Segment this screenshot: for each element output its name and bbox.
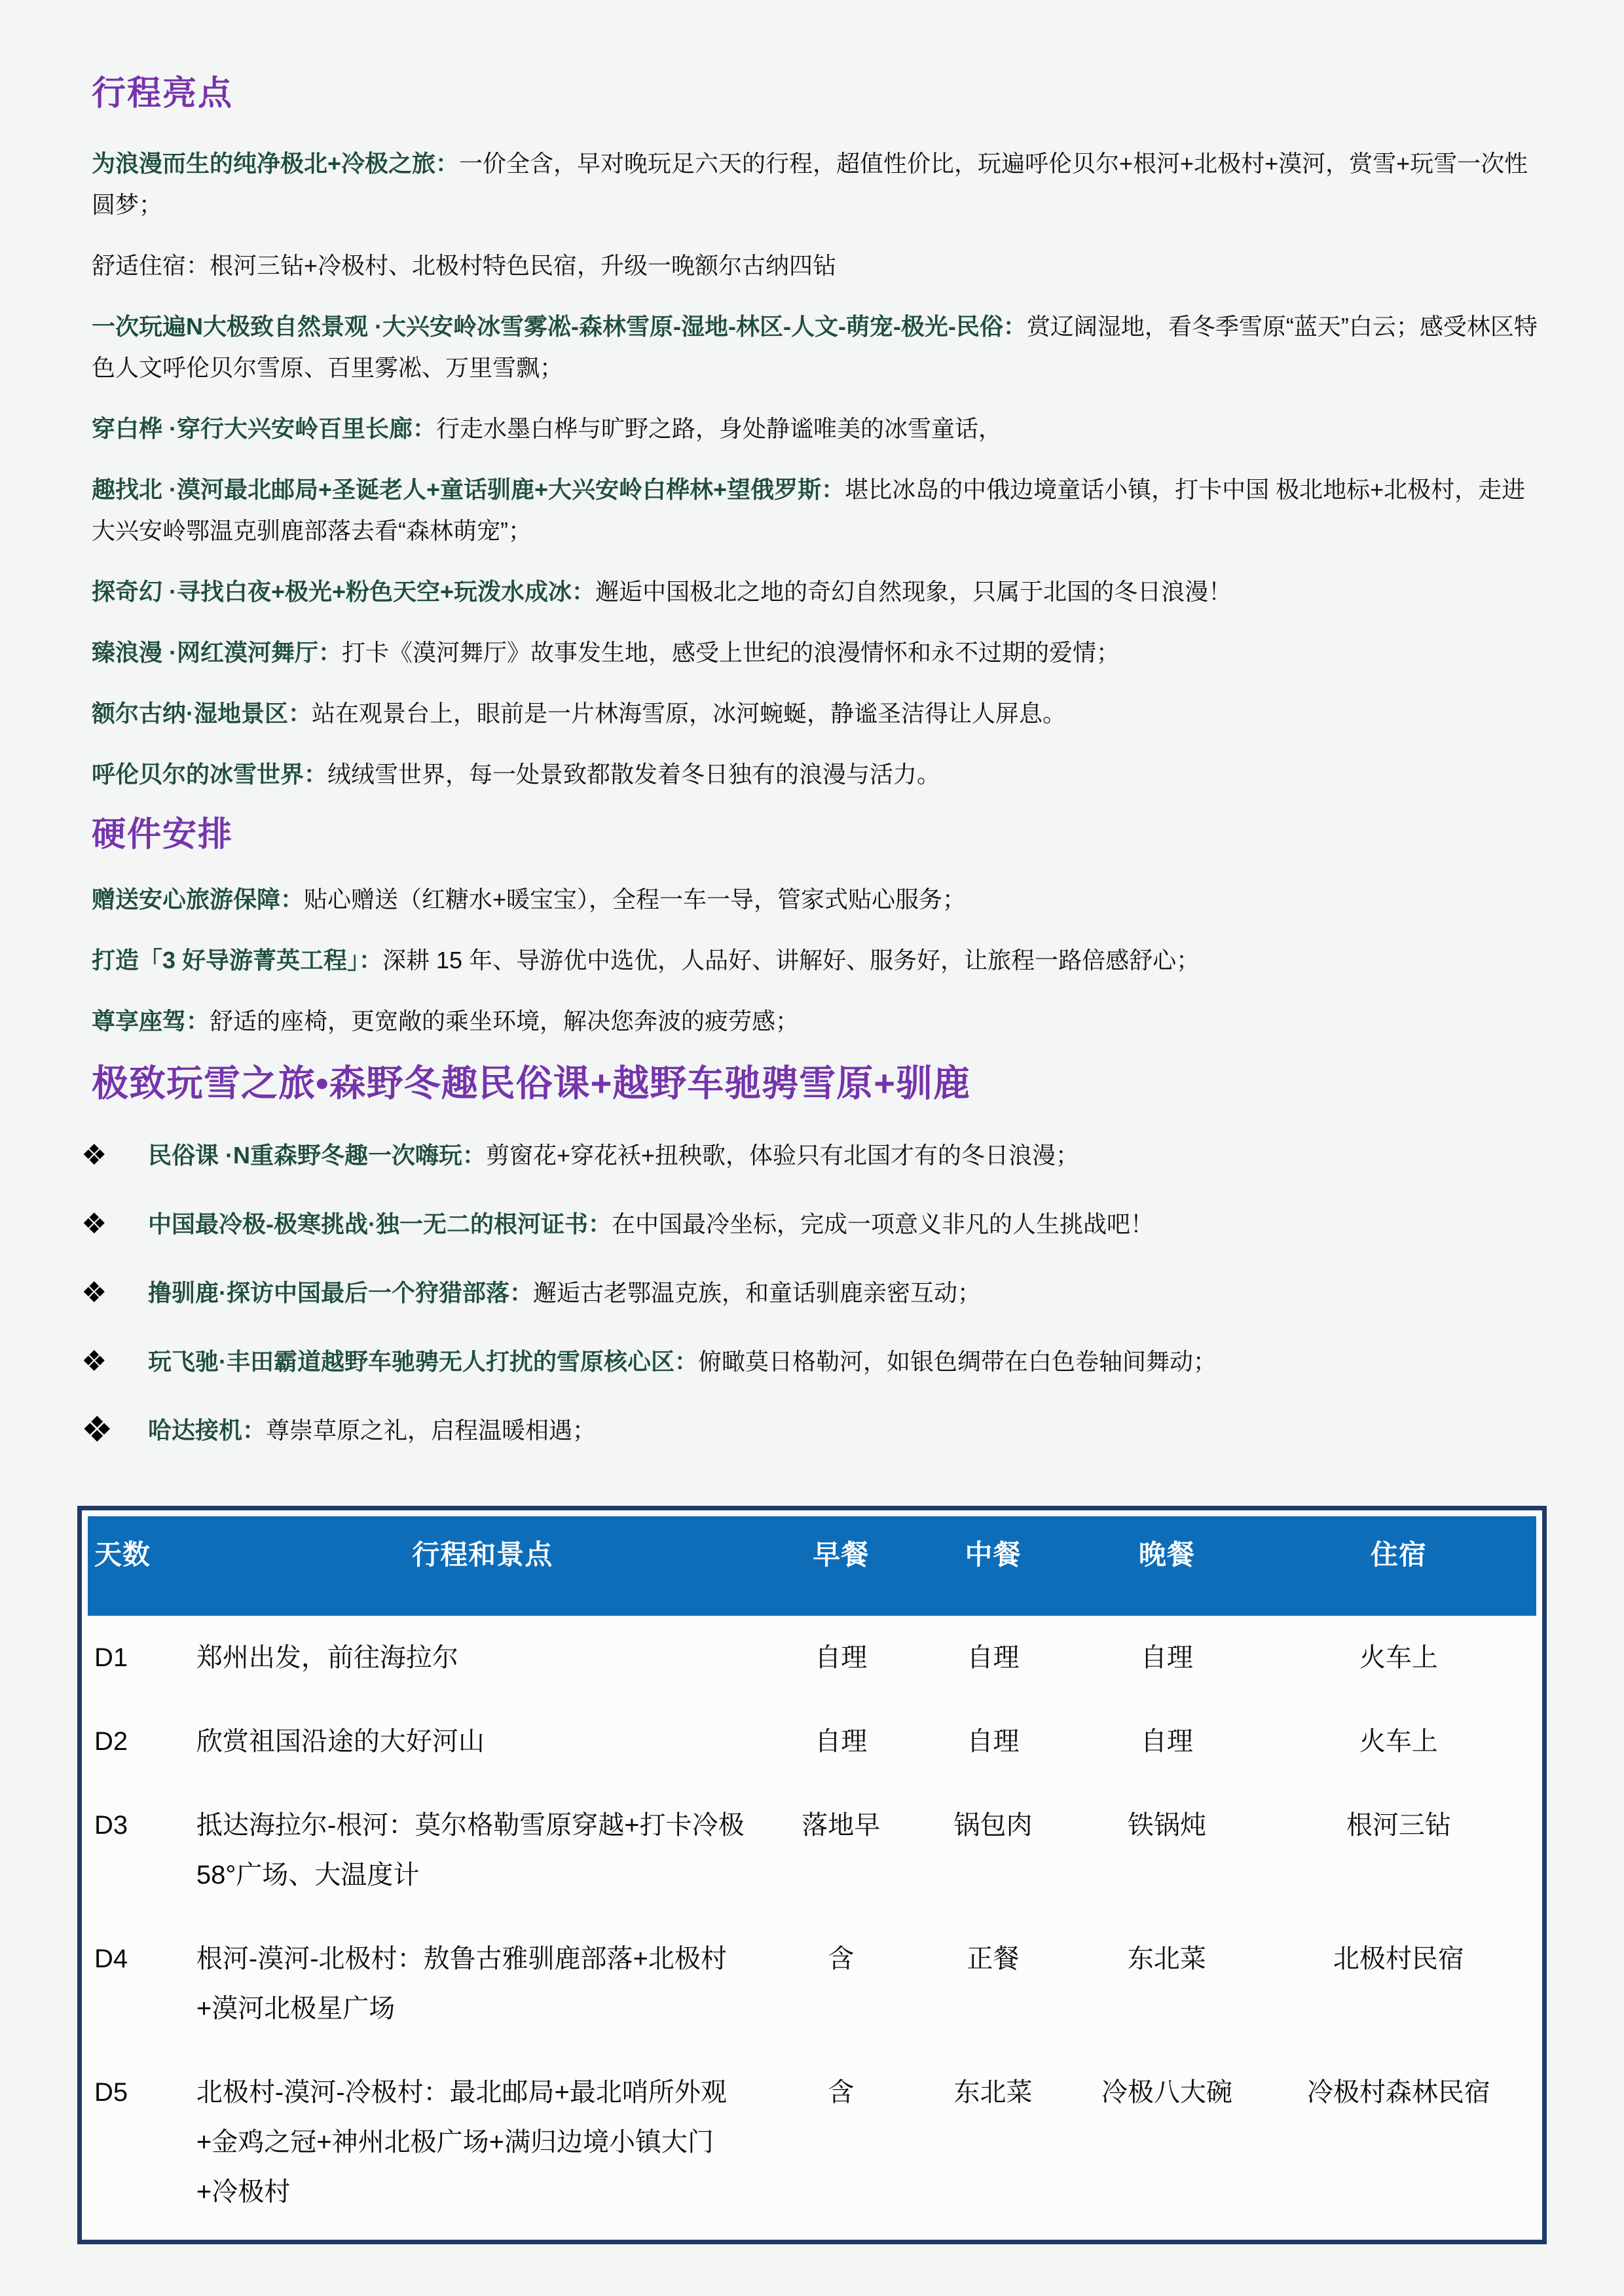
lunch-cell: 正餐 xyxy=(913,1917,1073,2050)
lodging-cell: 根河三钻 xyxy=(1261,1783,1536,1917)
itinerary-table: 天数 行程和景点 早餐 中餐 晚餐 住宿 D1 郑州出发，前往海拉尔 自理 自理 xyxy=(88,1516,1536,2234)
table-row: D5 北极村-漠河-冷极村：最北邮局+最北哨所外观+金鸡之冠+神州北极广场+满归… xyxy=(88,2050,1536,2234)
diamond-bullet-icon: ❖ xyxy=(81,1203,148,1245)
section-title-highlights: 行程亮点 xyxy=(92,73,1545,114)
paragraph-lead: 探奇幻 ·寻找白夜+极光+粉色天空+玩泼水成冰： xyxy=(92,578,595,605)
paragraph-text: 深耕 15 年、导游优中选优，人品好、讲解好、服务好，让旅程一路倍感舒心； xyxy=(382,947,1200,974)
section-title-snow-play: 极致玩雪之旅•森野冬趣民俗课+越野车驰骋雪原+驯鹿 xyxy=(92,1061,1545,1106)
highlight-paragraph: 一次玩遍N大极致自然景观 ·大兴安岭冰雪雾凇-森林雪原-湿地-林区-人文-萌宠-… xyxy=(92,306,1545,388)
paragraph-text: 绒绒雪世界，每一处景致都散发着冬日独有的浪漫与活力。 xyxy=(327,761,940,788)
itinerary-table-section: 天数 行程和景点 早餐 中餐 晚餐 住宿 D1 郑州出发，前往海拉尔 自理 自理 xyxy=(77,1506,1547,2244)
paragraph-text: 打卡《漠河舞厅》故事发生地，感受上世纪的浪漫情怀和永不过期的爱情； xyxy=(342,639,1120,666)
lodging-cell: 火车上 xyxy=(1261,1616,1536,1700)
paragraph-text: 贴心赠送（红糖水+暖宝宝），全程一车一导，管家式贴心服务； xyxy=(304,886,966,913)
breakfast-cell: 自理 xyxy=(769,1700,913,1783)
bullet-text: 玩飞驰·丰田霸道越野车驰骋无人打扰的雪原核心区：俯瞰莫日格勒河，如银色绸带在白色… xyxy=(148,1341,1545,1382)
column-header-lodging: 住宿 xyxy=(1261,1516,1536,1616)
paragraph-text: 舒适住宿：根河三钻+冷极村、北极村特色民宿，升级一晚额尔古纳四钻 xyxy=(92,252,836,279)
lunch-cell: 东北菜 xyxy=(913,2050,1073,2234)
lunch-cell: 自理 xyxy=(913,1616,1073,1700)
highlight-paragraph: 臻浪漫 ·网红漠河舞厅：打卡《漠河舞厅》故事发生地，感受上世纪的浪漫情怀和永不过… xyxy=(92,632,1545,673)
dinner-cell: 铁锅炖 xyxy=(1073,1783,1261,1917)
dinner-cell: 自理 xyxy=(1073,1616,1261,1700)
highlight-paragraph: 趣找北 ·漠河最北邮局+圣诞老人+童话驯鹿+大兴安岭白桦林+望俄罗斯：堪比冰岛的… xyxy=(92,469,1545,551)
bullet-rest: 在中国最冷坐标，完成一项意义非凡的人生挑战吧！ xyxy=(612,1211,1154,1237)
itinerary-table-frame: 天数 行程和景点 早餐 中餐 晚餐 住宿 D1 郑州出发，前往海拉尔 自理 自理 xyxy=(77,1506,1547,2244)
paragraph-lead: 赠送安心旅游保障： xyxy=(92,886,304,913)
paragraph-lead: 呼伦贝尔的冰雪世界： xyxy=(92,761,327,788)
list-item: ❖ 中国最冷极-极寒挑战·独一无二的根河证书：在中国最冷坐标，完成一项意义非凡的… xyxy=(81,1203,1545,1245)
paragraph-lead: 尊享座驾： xyxy=(92,1008,210,1034)
column-header-itinerary: 行程和景点 xyxy=(196,1516,769,1616)
hardware-paragraph: 赠送安心旅游保障：贴心赠送（红糖水+暖宝宝），全程一车一导，管家式贴心服务； xyxy=(92,879,1545,920)
itinerary-cell: 北极村-漠河-冷极村：最北邮局+最北哨所外观+金鸡之冠+神州北极广场+满归边境小… xyxy=(196,2050,769,2234)
breakfast-cell: 落地早 xyxy=(769,1783,913,1917)
dinner-cell: 冷极八大碗 xyxy=(1073,2050,1261,2234)
column-header-day: 天数 xyxy=(88,1516,196,1616)
bullet-rest: 俯瞰莫日格勒河，如银色绸带在白色卷轴间舞动； xyxy=(698,1348,1217,1375)
snow-bullet-list: ❖ 民俗课 ·N重森野冬趣一次嗨玩：剪窗花+穿花袄+扭秧歌，体验只有北国才有的冬… xyxy=(92,1135,1545,1451)
diamond-bullet-icon: ❖ xyxy=(81,1341,148,1382)
day-cell: D2 xyxy=(88,1700,196,1783)
lodging-cell: 火车上 xyxy=(1261,1700,1536,1783)
itinerary-cell: 抵达海拉尔-根河：莫尔格勒雪原穿越+打卡冷极 58°广场、大温度计 xyxy=(196,1783,769,1917)
paragraph-lead: 穿白桦 ·穿行大兴安岭百里长廊： xyxy=(92,415,436,442)
paragraph-text: 站在观景台上，眼前是一片林海雪原，冰河蜿蜒，静谧圣洁得让人屏息。 xyxy=(312,700,1066,727)
table-header-row: 天数 行程和景点 早餐 中餐 晚餐 住宿 xyxy=(88,1516,1536,1616)
lodging-cell: 冷极村森林民宿 xyxy=(1261,2050,1536,2234)
column-header-lunch: 中餐 xyxy=(913,1516,1073,1616)
paragraph-text: 邂逅中国极北之地的奇幻自然现象，只属于北国的冬日浪漫！ xyxy=(595,578,1232,605)
column-header-dinner: 晚餐 xyxy=(1073,1516,1261,1616)
bullet-rest: 邂逅古老鄂温克族，和童话驯鹿亲密互动； xyxy=(533,1279,981,1306)
day-cell: D3 xyxy=(88,1783,196,1917)
paragraph-lead: 打造「3 好导游菁英工程」： xyxy=(92,947,382,974)
bullet-rest: 剪窗花+穿花袄+扭秧歌，体验只有北国才有的冬日浪漫； xyxy=(486,1142,1079,1169)
table-row: D4 根河-漠河-北极村：敖鲁古雅驯鹿部落+北极村+漠河北极星广场 含 正餐 东… xyxy=(88,1917,1536,2050)
column-header-breakfast: 早餐 xyxy=(769,1516,913,1616)
highlight-paragraph: 穿白桦 ·穿行大兴安岭百里长廊：行走水墨白桦与旷野之路，身处静谧唯美的冰雪童话， xyxy=(92,408,1545,449)
bullet-lead: 民俗课 ·N重森野冬趣一次嗨玩： xyxy=(148,1142,486,1169)
breakfast-cell: 自理 xyxy=(769,1616,913,1700)
table-row: D3 抵达海拉尔-根河：莫尔格勒雪原穿越+打卡冷极 58°广场、大温度计 落地早… xyxy=(88,1783,1536,1917)
day-cell: D5 xyxy=(88,2050,196,2234)
lunch-cell: 锅包肉 xyxy=(913,1783,1073,1917)
highlight-paragraph: 呼伦贝尔的冰雪世界：绒绒雪世界，每一处景致都散发着冬日独有的浪漫与活力。 xyxy=(92,754,1545,795)
paragraph-text: 舒适的座椅，更宽敞的乘坐环境，解决您奔波的疲劳感； xyxy=(210,1008,799,1034)
bullet-text: 中国最冷极-极寒挑战·独一无二的根河证书：在中国最冷坐标，完成一项意义非凡的人生… xyxy=(148,1203,1545,1245)
paragraph-lead: 臻浪漫 ·网红漠河舞厅： xyxy=(92,639,342,666)
bullet-text: 哈达接机：尊崇草原之礼，启程温暖相遇； xyxy=(148,1410,1545,1451)
dinner-cell: 东北菜 xyxy=(1073,1917,1261,2050)
paragraph-lead: 趣找北 ·漠河最北邮局+圣诞老人+童话驯鹿+大兴安岭白桦林+望俄罗斯： xyxy=(92,476,845,503)
highlight-paragraph: 探奇幻 ·寻找白夜+极光+粉色天空+玩泼水成冰：邂逅中国极北之地的奇幻自然现象，… xyxy=(92,571,1545,612)
paragraph-lead: 额尔古纳·湿地景区： xyxy=(92,700,312,727)
dinner-cell: 自理 xyxy=(1073,1700,1261,1783)
lodging-cell: 北极村民宿 xyxy=(1261,1917,1536,2050)
table-row: D1 郑州出发，前往海拉尔 自理 自理 自理 火车上 xyxy=(88,1616,1536,1700)
diamond-bullet-icon: ❖ xyxy=(81,1272,148,1313)
bullet-lead: 哈达接机： xyxy=(148,1417,266,1444)
list-item: ❖ 哈达接机：尊崇草原之礼，启程温暖相遇； xyxy=(81,1410,1545,1451)
diamond-bullet-icon: ❖ xyxy=(81,1135,148,1176)
itinerary-cell: 郑州出发，前往海拉尔 xyxy=(196,1616,769,1700)
day-cell: D4 xyxy=(88,1917,196,2050)
list-item: ❖ 民俗课 ·N重森野冬趣一次嗨玩：剪窗花+穿花袄+扭秧歌，体验只有北国才有的冬… xyxy=(81,1135,1545,1176)
bullet-rest: 尊崇草原之礼，启程温暖相遇； xyxy=(266,1417,596,1444)
bullet-lead: 撸驯鹿·探访中国最后一个狩猎部落： xyxy=(148,1279,533,1306)
table-row: D2 欣赏祖国沿途的大好河山 自理 自理 自理 火车上 xyxy=(88,1700,1536,1783)
bullet-text: 民俗课 ·N重森野冬趣一次嗨玩：剪窗花+穿花袄+扭秧歌，体验只有北国才有的冬日浪… xyxy=(148,1135,1545,1176)
diamond-bullet-icon: ❖ xyxy=(81,1410,148,1451)
itinerary-cell: 根河-漠河-北极村：敖鲁古雅驯鹿部落+北极村+漠河北极星广场 xyxy=(196,1917,769,2050)
hardware-paragraph: 尊享座驾：舒适的座椅，更宽敞的乘坐环境，解决您奔波的疲劳感； xyxy=(92,1000,1545,1042)
day-cell: D1 xyxy=(88,1616,196,1700)
itinerary-cell: 欣赏祖国沿途的大好河山 xyxy=(196,1700,769,1783)
breakfast-cell: 含 xyxy=(769,2050,913,2234)
bullet-lead: 中国最冷极-极寒挑战·独一无二的根河证书： xyxy=(148,1211,612,1237)
list-item: ❖ 玩飞驰·丰田霸道越野车驰骋无人打扰的雪原核心区：俯瞰莫日格勒河，如银色绸带在… xyxy=(81,1341,1545,1382)
highlight-paragraph: 舒适住宿：根河三钻+冷极村、北极村特色民宿，升级一晚额尔古纳四钻 xyxy=(92,245,1545,286)
bullet-lead: 玩飞驰·丰田霸道越野车驰骋无人打扰的雪原核心区： xyxy=(148,1348,698,1375)
highlight-paragraph: 为浪漫而生的纯净极北+冷极之旅：一价全含，早对晚玩足六天的行程，超值性价比，玩遍… xyxy=(92,143,1545,225)
document-content: 行程亮点 为浪漫而生的纯净极北+冷极之旅：一价全含，早对晚玩足六天的行程，超值性… xyxy=(0,0,1624,1451)
document-page: 行程亮点 为浪漫而生的纯净极北+冷极之旅：一价全含，早对晚玩足六天的行程，超值性… xyxy=(0,0,1624,2296)
highlight-paragraph: 额尔古纳·湿地景区：站在观景台上，眼前是一片林海雪原，冰河蜿蜒，静谧圣洁得让人屏… xyxy=(92,693,1545,734)
hardware-paragraph: 打造「3 好导游菁英工程」：深耕 15 年、导游优中选优，人品好、讲解好、服务好… xyxy=(92,939,1545,981)
section-title-hardware: 硬件安排 xyxy=(92,814,1545,855)
bullet-text: 撸驯鹿·探访中国最后一个狩猎部落：邂逅古老鄂温克族，和童话驯鹿亲密互动； xyxy=(148,1272,1545,1313)
paragraph-lead: 一次玩遍N大极致自然景观 ·大兴安岭冰雪雾凇-森林雪原-湿地-林区-人文-萌宠-… xyxy=(92,313,1027,340)
paragraph-text: 行走水墨白桦与旷野之路，身处静谧唯美的冰雪童话， xyxy=(436,415,1002,442)
lunch-cell: 自理 xyxy=(913,1700,1073,1783)
breakfast-cell: 含 xyxy=(769,1917,913,2050)
paragraph-lead: 为浪漫而生的纯净极北+冷极之旅： xyxy=(92,150,459,177)
list-item: ❖ 撸驯鹿·探访中国最后一个狩猎部落：邂逅古老鄂温克族，和童话驯鹿亲密互动； xyxy=(81,1272,1545,1313)
